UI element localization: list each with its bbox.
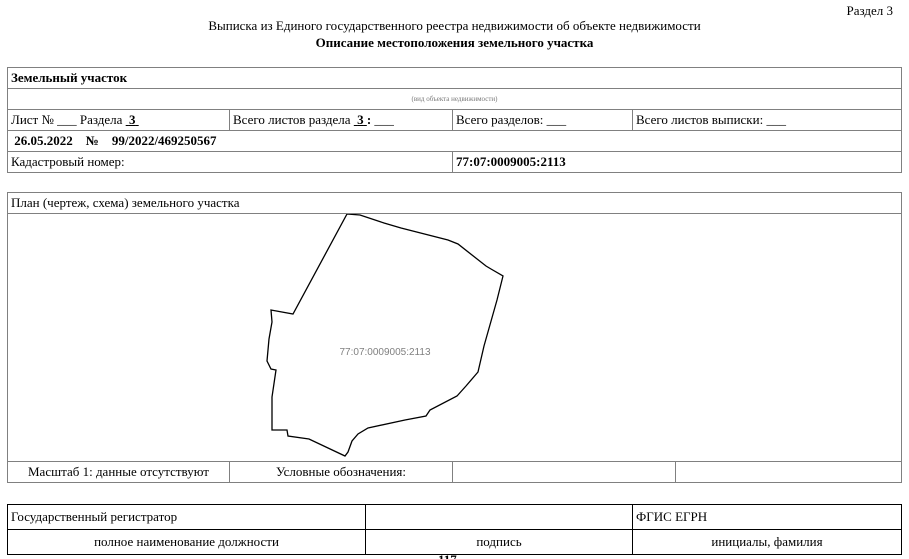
total-sheets-section-cell: Всего листов раздела 3 : ___ <box>230 110 453 131</box>
name-caption: инициалы, фамилия <box>633 530 902 555</box>
page-number: 117 <box>438 553 468 559</box>
date-number-row: 26.05.2022 № 99/2022/469250567 <box>8 131 902 152</box>
section-value: 3 <box>126 112 139 127</box>
position-caption: полное наименование должности <box>8 530 366 555</box>
registrar-signature <box>366 505 633 530</box>
parcel-boundary <box>267 214 503 456</box>
total-sheets-section-value: 3 <box>354 112 367 127</box>
total-sections-cell: Всего разделов: ___ <box>453 110 633 131</box>
scale-text: Масштаб 1: данные отсутствуют <box>8 462 230 483</box>
cadastral-label: Кадастровый номер: <box>8 152 453 173</box>
total-sections-blank: ___ <box>547 112 567 127</box>
total-sheets-extract-blank: ___ <box>766 112 786 127</box>
legend-cell-2 <box>676 462 902 483</box>
plan-table: План (чертеж, схема) земельного участка … <box>7 192 902 483</box>
total-sheets-extract-cell: Всего листов выписки: ___ <box>633 110 902 131</box>
object-type-caption: (вид объекта недвижимости) <box>8 89 902 110</box>
registrar-name: ФГИС ЕГРН <box>633 505 902 530</box>
document-subtitle: Описание местоположения земельного участ… <box>0 35 909 51</box>
signature-table: Государственный регистратор ФГИС ЕГРН по… <box>7 504 902 555</box>
legend-label: Условные обозначения: <box>230 462 453 483</box>
plan-heading: План (чертеж, схема) земельного участка <box>8 193 902 214</box>
signature-caption: подпись <box>366 530 633 555</box>
sheet-label: Лист № <box>11 112 54 127</box>
total-sheets-section-blank: ___ <box>374 112 394 127</box>
object-type: Земельный участок <box>8 68 902 89</box>
legend-cell-1 <box>453 462 676 483</box>
total-sheets-extract-label: Всего листов выписки: <box>636 112 763 127</box>
registrar-position: Государственный регистратор <box>8 505 366 530</box>
section-word: Раздела <box>80 112 123 127</box>
section-label: Раздел 3 <box>846 3 893 19</box>
plan-drawing-area: 77:07:0009005:2113 <box>8 214 902 462</box>
number-sign: № <box>86 133 99 148</box>
extract-number: 99/2022/469250567 <box>112 133 217 148</box>
sheet-number-cell: Лист № ___ Раздела 3 <box>8 110 230 131</box>
object-info-table: Земельный участок (вид объекта недвижимо… <box>7 67 902 173</box>
total-sections-label: Всего разделов: <box>456 112 543 127</box>
document-title: Выписка из Единого государственного реес… <box>0 18 909 34</box>
sheet-blank: ___ <box>57 112 77 127</box>
total-sheets-section-label: Всего листов раздела <box>233 112 351 127</box>
parcel-label: 77:07:0009005:2113 <box>339 347 430 358</box>
cadastral-number: 77:07:0009005:2113 <box>453 152 902 173</box>
parcel-plan-drawing: 77:07:0009005:2113 <box>8 214 901 461</box>
extract-date: 26.05.2022 <box>14 133 73 148</box>
